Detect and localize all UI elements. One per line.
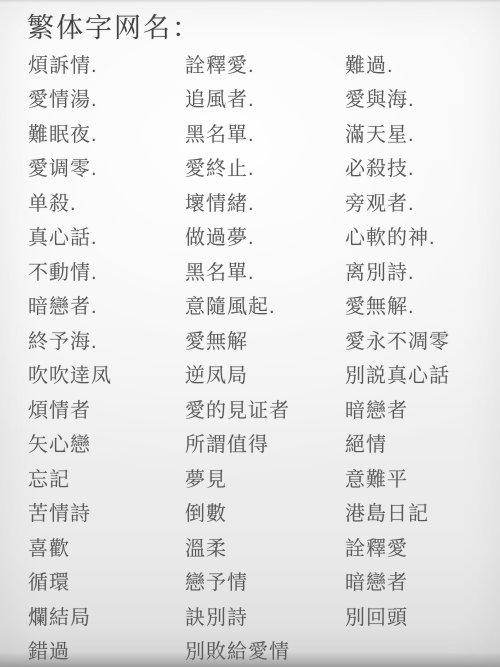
- name-item: 愛情湯.: [28, 83, 185, 112]
- name-item: 別回頭: [345, 601, 500, 630]
- name-item: 喜歡: [28, 532, 185, 561]
- name-item: 煩訴情.: [28, 49, 185, 78]
- name-item: 難眠夜.: [28, 118, 185, 147]
- name-item: 离別詩.: [345, 256, 500, 285]
- name-item: 愛終止.: [185, 152, 345, 181]
- name-item: 愛無解.: [345, 290, 500, 319]
- name-item: 心軟的神.: [345, 221, 500, 250]
- name-item: 溫柔: [185, 532, 345, 561]
- name-item: 做過夢.: [185, 221, 345, 250]
- name-item: 愛無解: [185, 325, 345, 354]
- name-item: 錯過: [28, 635, 185, 664]
- name-item: 愛调零.: [28, 152, 185, 181]
- name-item: 終予海.: [28, 325, 185, 354]
- name-item: 循環: [28, 566, 185, 595]
- name-item: 追風者.: [185, 83, 345, 112]
- name-item: 難過.: [345, 49, 500, 78]
- name-item: 爛結局: [28, 601, 185, 630]
- name-item: 单殺.: [28, 187, 185, 216]
- name-item: 吹吹逹凤: [28, 359, 185, 388]
- name-item: 意隨風起.: [185, 290, 345, 319]
- name-item: 逆凤局: [185, 359, 345, 388]
- name-item: 愛與海.: [345, 83, 500, 112]
- name-item: 暗戀者.: [28, 290, 185, 319]
- page-title: 繁体字网名：: [27, 6, 201, 45]
- name-item: 不動情.: [28, 256, 185, 285]
- name-item: 所謂值得: [185, 428, 345, 457]
- name-item: 別敗給愛情: [185, 635, 345, 664]
- name-item: 訣別詩: [185, 601, 345, 630]
- name-item: 真心話.: [28, 221, 185, 250]
- name-item: 絕情: [345, 428, 500, 457]
- name-item: 別説真心話: [345, 359, 500, 388]
- name-item: 意難平: [345, 463, 500, 492]
- name-item: 暗戀者: [345, 566, 500, 595]
- name-item: 旁观者.: [345, 187, 500, 216]
- name-item: 黑名單.: [185, 256, 345, 285]
- name-item: 忘記: [28, 463, 185, 492]
- name-item: 詮釋愛: [345, 532, 500, 561]
- name-item: 倒數: [185, 497, 345, 526]
- name-item: 苦情詩: [28, 497, 185, 526]
- name-item: 戀予情: [185, 566, 345, 595]
- name-item: 詮釋愛.: [185, 49, 345, 78]
- name-item: 煩情者: [28, 394, 185, 423]
- name-item: 黑名單.: [185, 118, 345, 147]
- name-item: 愛永不凋零: [345, 325, 500, 354]
- name-item: 暗戀者: [345, 394, 500, 423]
- name-item: 愛的見证者: [185, 394, 345, 423]
- name-item: 夢見: [185, 463, 345, 492]
- name-item: 滿天星.: [345, 118, 500, 147]
- name-item: 矢心戀: [28, 428, 185, 457]
- name-item: 壞情緒.: [185, 187, 345, 216]
- username-list: 煩訴情.詮釋愛.難過.愛情湯.追風者.愛與海.難眠夜.黑名單.滿天星.愛调零.愛…: [28, 46, 500, 667]
- name-item: 必殺技.: [345, 152, 500, 181]
- name-item: 港島日記: [345, 497, 500, 526]
- screenshot-page: 繁体字网名： 煩訴情.詮釋愛.難過.愛情湯.追風者.愛與海.難眠夜.黑名單.滿天…: [0, 0, 500, 667]
